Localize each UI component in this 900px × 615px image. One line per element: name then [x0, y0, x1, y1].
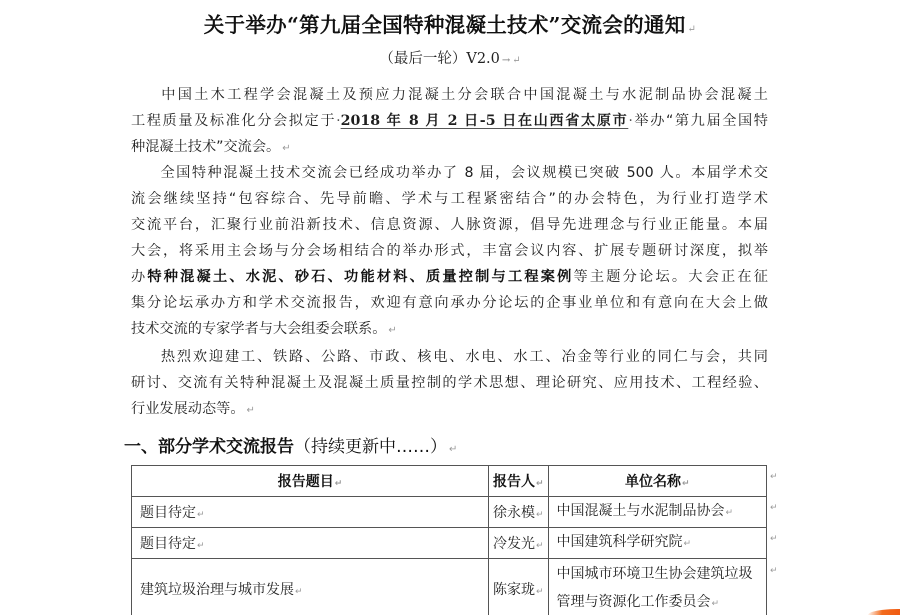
row-end-mark-icon: ↵ — [770, 472, 778, 482]
line-text: 种混凝土技术”交流会。 — [131, 139, 280, 155]
section-heading-reports: 一、部分学术交流报告（持续更新中……）↵ — [124, 432, 457, 457]
line-text: 办 — [131, 269, 147, 285]
table-row: 题目待定↵ 冷发光↵ 中国建筑科学研究院↵ — [132, 528, 767, 559]
title-text: 关于举办“第九届全国特种混凝土技术”交流会的通知 — [204, 13, 686, 37]
text-line: 全国特种混凝土技术交流会已经成功举办了 8 届，会议规模已突破 500 人。本届… — [131, 160, 768, 186]
cell-speaker: 陈家珑↵ — [489, 559, 549, 615]
cell-organization: 中国建筑科学研究院↵ — [548, 528, 766, 559]
line-text: 等主题分论坛。大会正在征 — [574, 269, 768, 285]
column-header-topic: 报告题目↵ — [132, 466, 489, 497]
cell-organization: 中国混凝土与水泥制品协会↵ — [548, 497, 766, 528]
paragraph-welcome: 热烈欢迎建工、铁路、公路、市政、核电、水电、水工、冶金等行业的同仁与会，共同 研… — [131, 344, 768, 422]
column-header-organization: 单位名称↵ — [548, 466, 766, 497]
cell-speaker: 徐永模↵ — [489, 497, 549, 528]
text-line: 研讨、交流有关特种混凝土及混凝土质量控制的学术思想、理论研究、应用技术、工程经验… — [131, 370, 768, 396]
text-line: 工程质量及标准化分会拟定于·2018 年 8 月 2 日-5 日在山西省太原市·… — [131, 108, 768, 134]
document-page: 关于举办“第九届全国特种混凝土技术”交流会的通知↵ （最后一轮）V2.0→↵ 中… — [0, 0, 900, 615]
paragraph-history: 全国特种混凝土技术交流会已经成功举办了 8 届，会议规模已突破 500 人。本届… — [131, 160, 768, 342]
text-line: 种混凝土技术”交流会。↵ — [131, 134, 768, 160]
text-line: 办特种混凝土、水泥、砂石、功能材料、质量控制与工程案例等主题分论坛。大会正在征 — [131, 264, 768, 290]
document-title: 关于举办“第九届全国特种混凝土技术”交流会的通知↵ — [0, 8, 900, 38]
heading-note: （持续更新中……） — [294, 437, 447, 457]
text-line: 中国土木工程学会混凝土及预应力混凝土分会联合中国混凝土与水泥制品协会混凝土 — [131, 82, 768, 108]
paragraph-mark-icon: ↵ — [449, 444, 457, 455]
line-text: 举办“第九届全国特 — [633, 113, 768, 129]
text-line: 集分论坛承办方和学术交流报告，欢迎有意向承办分论坛的企事业单位和有意向在大会上做 — [131, 290, 768, 316]
line-text: 全国特种混凝土技术交流会已经成功举办了 8 届，会议规模已突破 500 人。本届… — [159, 165, 768, 181]
line-text: 流会继续坚持“包容综合、先导前瞻、学术与工程紧密结合”的办会特色，为行业打造学术 — [131, 191, 768, 207]
paragraph-mark-icon: ↵ — [282, 143, 290, 154]
line-text: 交流平台，汇聚行业前沿新技术、信息资源、人脉资源，倡导先进理念与行业正能量。本届 — [131, 217, 768, 233]
text-line: 技术交流的专家学者与大会组委会联系。↵ — [131, 316, 768, 342]
text-line: 交流平台，汇聚行业前沿新技术、信息资源、人脉资源，倡导先进理念与行业正能量。本届 — [131, 212, 768, 238]
line-text: 热烈欢迎建工、铁路、公路、市政、核电、水电、水工、冶金等行业的同仁与会，共同 — [159, 349, 768, 365]
cell-topic: 建筑垃圾治理与城市发展↵ — [132, 559, 489, 615]
text-line: 热烈欢迎建工、铁路、公路、市政、核电、水电、水工、冶金等行业的同仁与会，共同 — [131, 344, 768, 370]
text-line: 行业发展动态等。↵ — [131, 396, 768, 422]
row-end-mark-icon: ↵ — [770, 534, 778, 544]
line-text: 工程质量及标准化分会拟定于 — [131, 113, 336, 129]
heading-text: 一、部分学术交流报告 — [124, 437, 294, 457]
table-row: 题目待定↵ 徐永模↵ 中国混凝土与水泥制品协会↵ — [132, 497, 767, 528]
paragraph-mark-icon: ↵ — [247, 405, 255, 416]
row-end-mark-icon: ↵ — [770, 503, 778, 513]
cell-speaker: 冷发光↵ — [489, 528, 549, 559]
row-end-mark-icon: ↵ — [770, 566, 778, 576]
corner-decoration — [868, 609, 900, 615]
line-text: 中国土木工程学会混凝土及预应力混凝土分会联合中国混凝土与水泥制品协会混凝土 — [159, 87, 768, 103]
paragraph-mark-icon: ↵ — [512, 55, 520, 66]
document-subtitle: （最后一轮）V2.0→↵ — [0, 47, 900, 68]
line-text: 集分论坛承办方和学术交流报告，欢迎有意向承办分论坛的企事业单位和有意向在大会上做 — [131, 295, 768, 311]
cell-topic: 题目待定↵ — [132, 497, 489, 528]
paragraph-organizers: 中国土木工程学会混凝土及预应力混凝土分会联合中国混凝土与水泥制品协会混凝土 工程… — [131, 82, 768, 160]
cell-topic: 题目待定↵ — [132, 528, 489, 559]
forum-topics-bold: 特种混凝土、水泥、砂石、功能材料、质量控制与工程案例 — [147, 269, 573, 285]
line-text: 研讨、交流有关特种混凝土及混凝土质量控制的学术思想、理论研究、应用技术、工程经验… — [131, 375, 768, 391]
column-header-speaker: 报告人↵ — [489, 466, 549, 497]
cell-organization: 中国城市环境卫生协会建筑垃圾管理与资源化工作委员会↵ — [548, 559, 766, 615]
report-table: 报告题目↵ 报告人↵ 单位名称↵ 题目待定↵ 徐永模↵ 中国混凝土与水泥制品协会… — [131, 465, 767, 615]
paragraph-mark-icon: ↵ — [688, 24, 697, 35]
line-text: 技术交流的专家学者与大会组委会联系。 — [131, 321, 386, 337]
tab-arrow-icon: → — [502, 55, 510, 66]
date-place-highlight: 2018 年 8 月 2 日-5 日在山西省太原市 — [341, 113, 629, 129]
text-line: 流会继续坚持“包容综合、先导前瞻、学术与工程紧密结合”的办会特色，为行业打造学术 — [131, 186, 768, 212]
table-header-row: 报告题目↵ 报告人↵ 单位名称↵ — [132, 466, 767, 497]
text-line: 大会，将采用主会场与分会场相结合的举办形式，丰富会议内容、扩展专题研讨深度，拟举 — [131, 238, 768, 264]
line-text: 大会，将采用主会场与分会场相结合的举办形式，丰富会议内容、扩展专题研讨深度，拟举 — [131, 243, 768, 259]
paragraph-mark-icon: ↵ — [388, 325, 396, 336]
table-row: 建筑垃圾治理与城市发展↵ 陈家珑↵ 中国城市环境卫生协会建筑垃圾管理与资源化工作… — [132, 559, 767, 615]
subtitle-text: （最后一轮）V2.0 — [379, 51, 500, 67]
line-text: 行业发展动态等。 — [131, 401, 245, 417]
